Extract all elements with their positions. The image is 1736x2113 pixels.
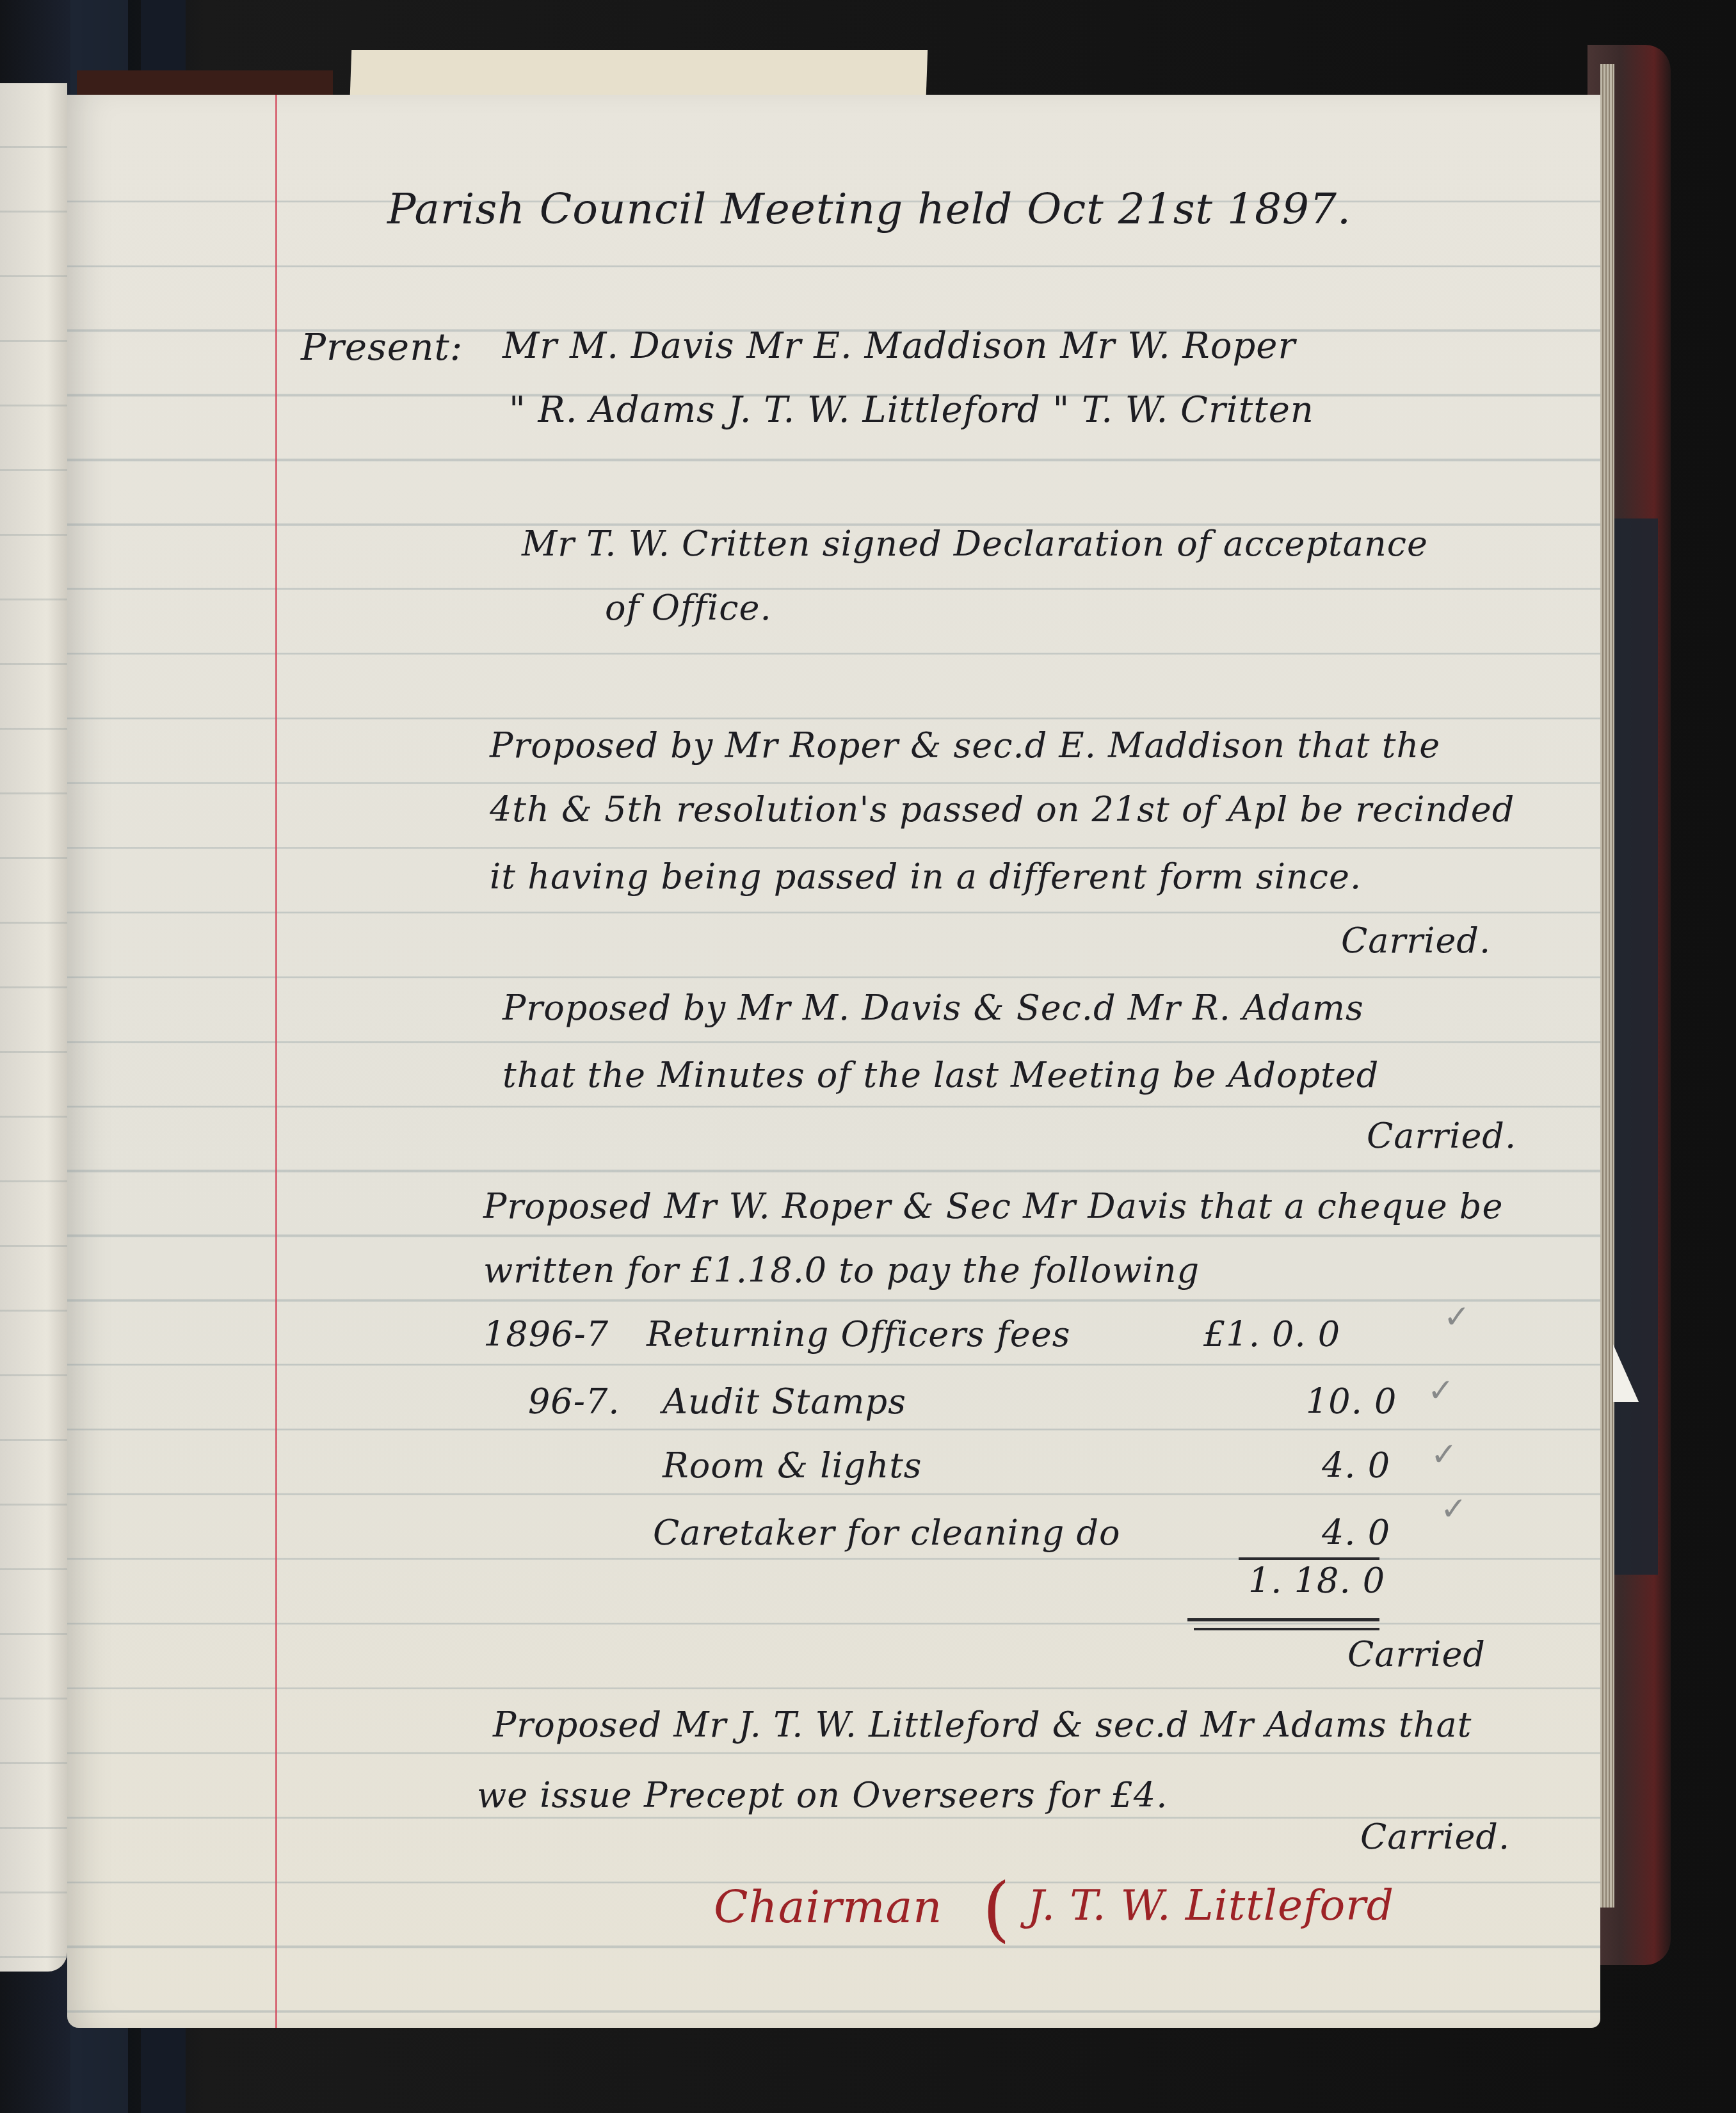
- resolution-1-line-2: 4th & 5th resolution's passed on 21st of…: [490, 789, 1515, 830]
- present-line-1: Mr M. Davis Mr E. Maddison Mr W. Roper: [502, 325, 1296, 367]
- resolution-1-outcome: Carried.: [1341, 920, 1491, 961]
- resolution-1-line-3: it having being passed in a different fo…: [490, 856, 1362, 897]
- loose-leaf-edge: [350, 50, 928, 95]
- declaration-line-1: Mr T. W. Critten signed Declaration of a…: [522, 524, 1428, 564]
- left-facing-page: [0, 83, 67, 1972]
- signature-name: J. T. W. Littleford: [1027, 1881, 1394, 1930]
- resolution-2-line-1: Proposed by Mr M. Davis & Sec.d Mr R. Ad…: [502, 988, 1364, 1028]
- resolution-2-outcome: Carried.: [1367, 1116, 1516, 1156]
- payment-year: 1896-7: [483, 1314, 609, 1354]
- payment-item: Audit Stamps: [663, 1381, 906, 1422]
- payment-amount: £1. 0. 0: [1203, 1314, 1340, 1354]
- signature-bracket: (: [983, 1868, 1011, 1950]
- resolution-1-line-1: Proposed by Mr Roper & sec.d E. Maddison…: [490, 725, 1440, 766]
- check-mark-icon: ✓: [1431, 1436, 1458, 1473]
- resolution-3-line-1: Proposed Mr W. Roper & Sec Mr Davis that…: [483, 1186, 1503, 1226]
- present-label: Present:: [301, 325, 463, 369]
- page-title: Parish Council Meeting held Oct 21st 189…: [387, 184, 1351, 234]
- check-mark-icon: ✓: [1427, 1372, 1454, 1409]
- signature-role: Chairman: [714, 1881, 942, 1933]
- payment-amount: 4. 0: [1322, 1513, 1390, 1553]
- resolution-4-outcome: Carried.: [1360, 1817, 1510, 1857]
- check-mark-icon: ✓: [1443, 1298, 1470, 1335]
- red-margin-line: [275, 95, 277, 2028]
- sum-rule: [1239, 1557, 1379, 1560]
- resolution-2-line-2: that the Minutes of the last Meeting be …: [502, 1055, 1379, 1095]
- payment-item: Caretaker for cleaning do: [653, 1513, 1121, 1553]
- payment-item: Returning Officers fees: [647, 1314, 1070, 1354]
- minutes-page: Parish Council Meeting held Oct 21st 189…: [67, 95, 1600, 2028]
- payment-amount: 4. 0: [1322, 1445, 1390, 1486]
- resolution-4-line-2: we issue Precept on Overseers for £4.: [477, 1775, 1168, 1815]
- payment-amount: 10. 0: [1306, 1381, 1397, 1422]
- payments-total: 1. 18. 0: [1248, 1561, 1385, 1601]
- ruled-lines: [0, 83, 67, 1972]
- total-double-rule: [1194, 1628, 1379, 1630]
- resolution-4-line-1: Proposed Mr J. T. W. Littleford & sec.d …: [493, 1705, 1472, 1745]
- page-edges: [1600, 64, 1614, 1908]
- check-mark-icon: ✓: [1440, 1490, 1467, 1527]
- resolution-3-outcome: Carried: [1347, 1634, 1486, 1675]
- present-line-2: " R. Adams J. T. W. Littleford " T. W. C…: [509, 389, 1314, 431]
- total-double-rule: [1187, 1618, 1379, 1621]
- payment-year: 96-7.: [528, 1381, 620, 1422]
- declaration-line-2: of Office.: [605, 588, 772, 628]
- payment-item: Room & lights: [663, 1445, 922, 1486]
- resolution-3-line-2: written for £1.18.0 to pay the following: [483, 1250, 1200, 1290]
